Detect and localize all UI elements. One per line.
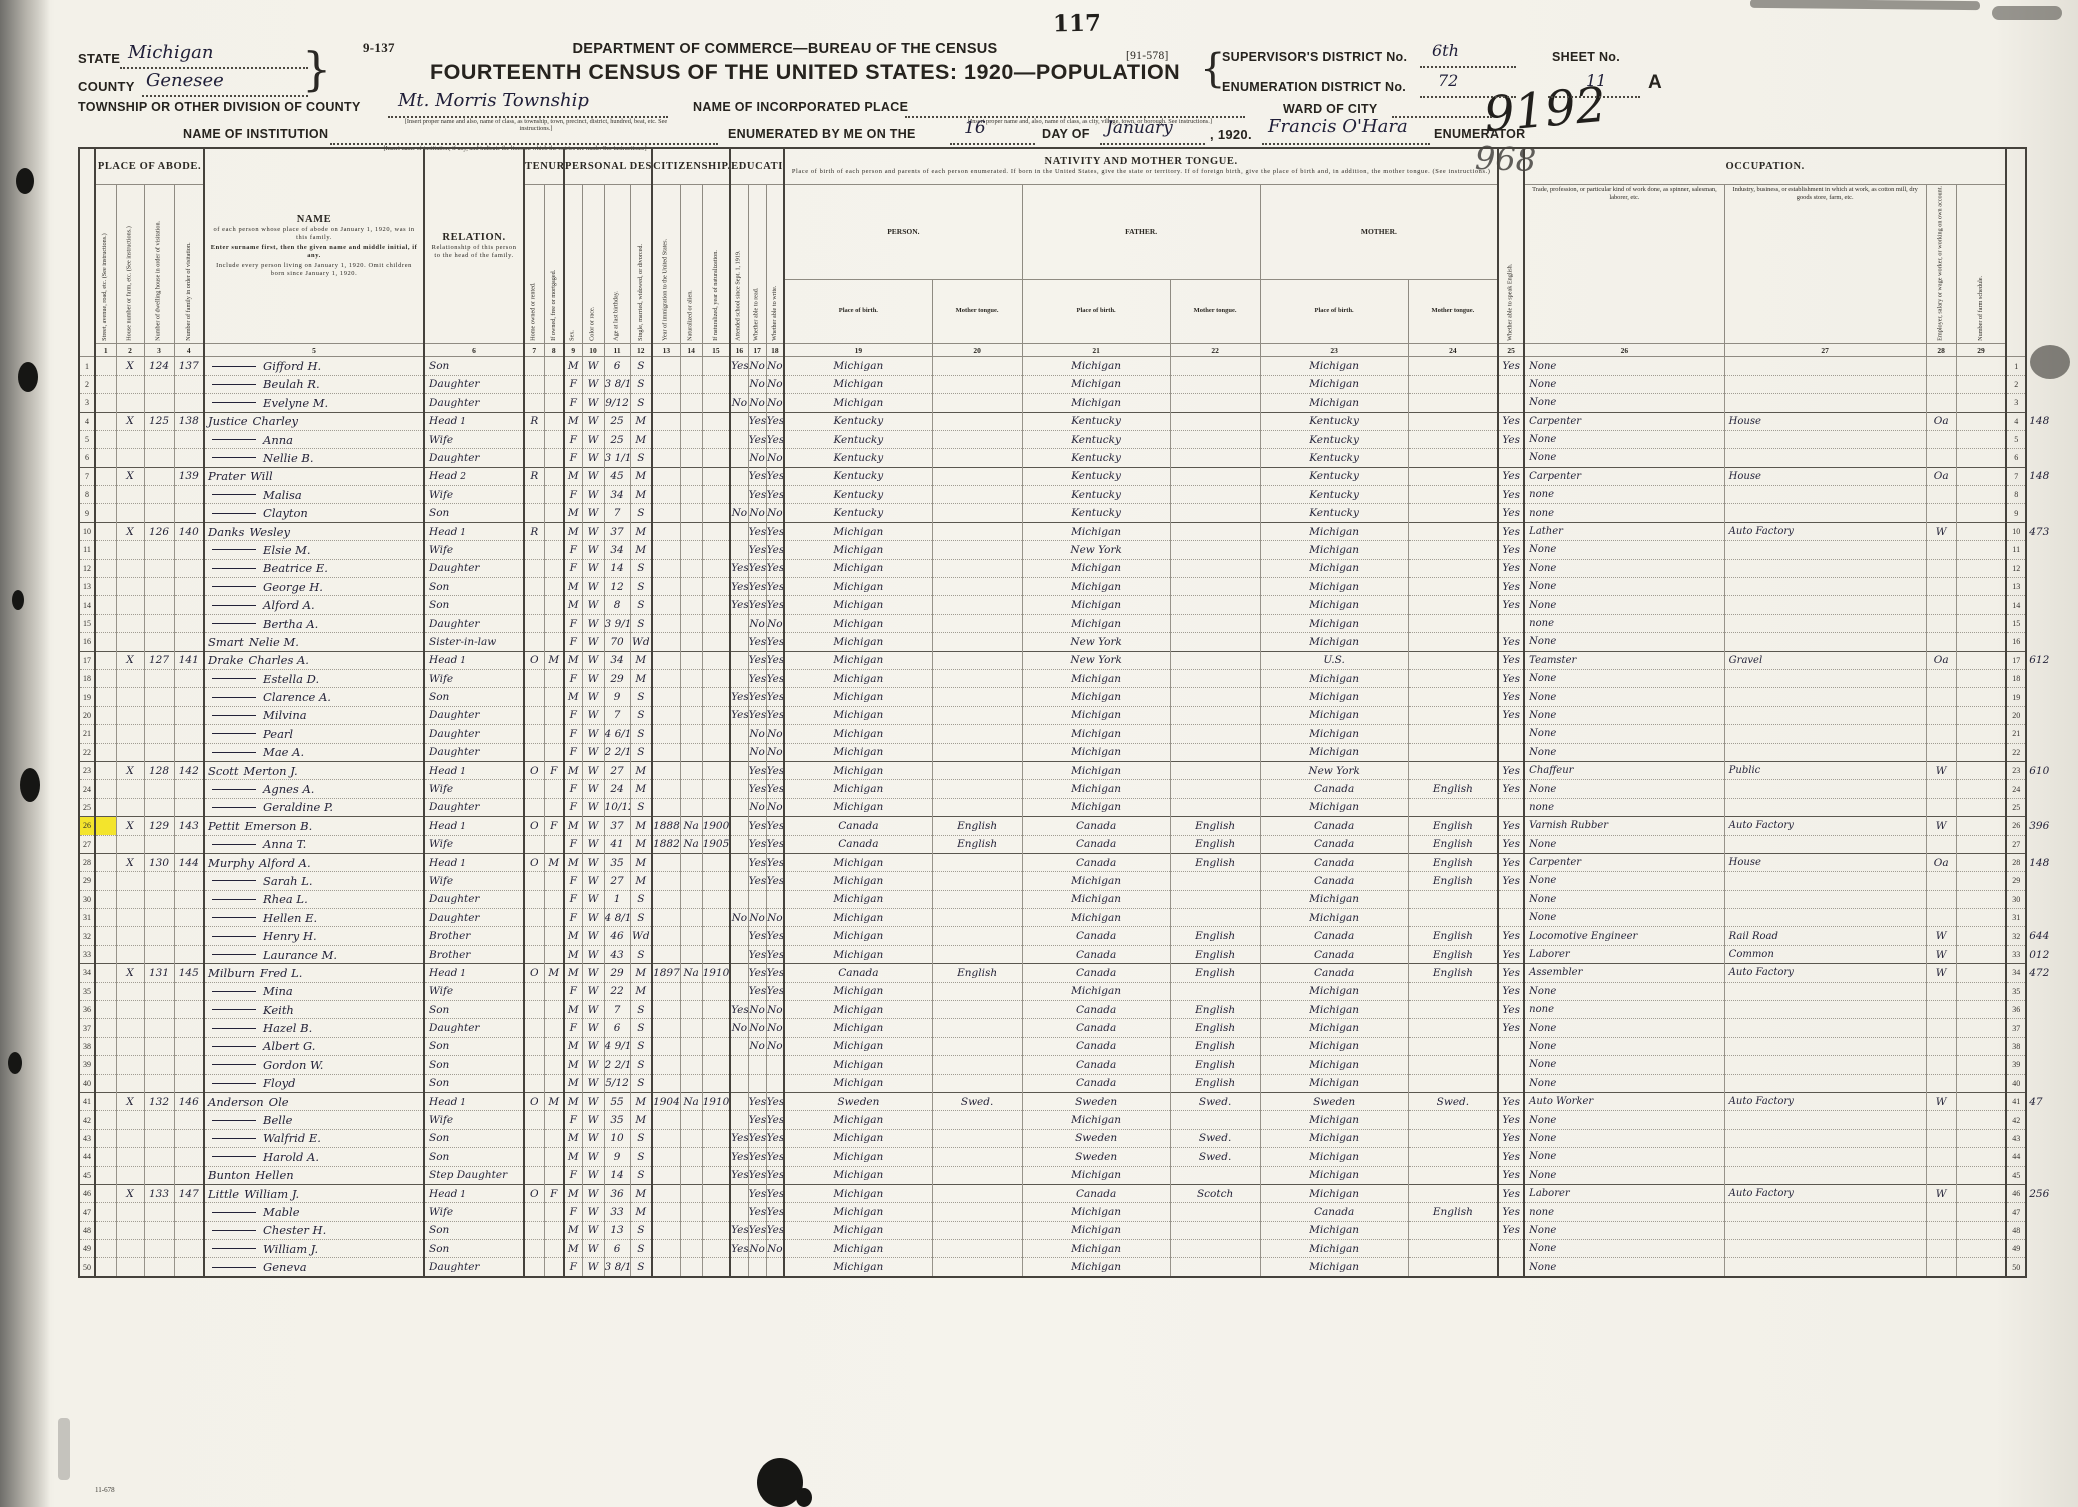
cell-industry: Auto Factory [1724,1184,1926,1202]
cell-person-birthplace: Sweden [784,1092,932,1110]
cell-person-mother-tongue [932,596,1022,614]
cell-home-owned [524,357,544,375]
cell-write: Yes [766,1221,784,1239]
table-row: 45BuntonHellenStep DaughterFW14SYesYesYe… [79,1166,2059,1184]
cell-father-mother-tongue: English [1170,945,1260,963]
cell-read [748,890,766,908]
table-row: 23X128142ScottMerton J.Head 1OFMW27MYesY… [79,761,2059,779]
cell-color: W [582,909,604,927]
cell-age: 3 8/12 [604,375,630,393]
cell-speaks-english: Yes [1498,1148,1524,1166]
margin-number: 610 [2026,761,2059,779]
cell-naturalization-year [702,614,730,632]
cell-mother-birthplace: Sweden [1260,1092,1408,1110]
cell-person-birthplace: Michigan [784,375,932,393]
cell-speaks-english: Yes [1498,706,1524,724]
cell-home-owned [524,430,544,448]
cell-sex: F [564,798,582,816]
line-number: 25 [79,798,95,816]
cell-color: W [582,614,604,632]
cell-dwelling-number [144,1111,174,1129]
cell-mother-mother-tongue [1408,1037,1498,1055]
cell-age: 55 [604,1092,630,1110]
cell-farm-schedule [1956,412,2006,430]
cell-employment-class [1926,541,1956,559]
cell-speaks-english: Yes [1498,1166,1524,1184]
cell-marital: M [630,1203,652,1221]
margin-number: 148 [2026,853,2059,871]
cell-relation: Daughter [424,449,524,467]
cell-marital: S [630,357,652,375]
cell-name: PettitEmerson B. [204,817,424,835]
line-number: 11 [79,541,95,559]
cell-father-mother-tongue [1170,651,1260,669]
cell-street [95,375,116,393]
cell-immigration-year [652,467,680,485]
cell-street [95,1019,116,1037]
cell-mother-mother-tongue: English [1408,1203,1498,1221]
cell-farm-mark [116,504,144,522]
cell-father-mother-tongue: Swed. [1170,1148,1260,1166]
column-speaks-english: Whether able to speak English. [1498,148,1524,344]
cell-school [730,651,748,669]
cell-marital: M [630,651,652,669]
cell-immigration-year [652,982,680,1000]
cell-read: No [748,743,766,761]
line-number: 44 [79,1148,95,1166]
cell-farm-schedule [1956,945,2006,963]
cell-school: No [730,504,748,522]
col-num: 12 [630,344,652,357]
cell-farm-mark [116,1037,144,1055]
cell-industry [1724,1203,1926,1221]
cell-family-number [174,1203,204,1221]
cell-mother-mother-tongue [1408,578,1498,596]
cell-school [730,872,748,890]
cell-school [730,817,748,835]
col-num: 9 [564,344,582,357]
cell-industry [1724,394,1926,412]
table-row: 41X132146AndersonOleHead 1OMMW55M1904Na1… [79,1092,2059,1110]
line-number-right: 20 [2006,706,2026,724]
scan-left-edge [0,0,50,1507]
cell-father-mother-tongue [1170,467,1260,485]
cell-mother-mother-tongue [1408,375,1498,393]
cell-naturalization-year [702,669,730,687]
cell-immigration-year: 1904 [652,1092,680,1110]
cell-mother-birthplace: Canada [1260,927,1408,945]
cell-naturalized [680,541,702,559]
margin-column [2026,148,2059,357]
form-number: 9-137 [363,40,395,56]
cell-father-birthplace: Michigan [1022,798,1170,816]
cell-family-number [174,743,204,761]
cell-dwelling-number [144,430,174,448]
cell-mother-mother-tongue [1408,669,1498,687]
cell-naturalization-year [702,1258,730,1277]
cell-mother-birthplace: Michigan [1260,890,1408,908]
cell-industry [1724,614,1926,632]
cell-father-mother-tongue [1170,909,1260,927]
line-number: 21 [79,725,95,743]
cell-write: No [766,504,784,522]
cell-family-number [174,394,204,412]
enumerator-signature: Francis O'Hara [1268,116,1408,137]
cell-person-mother-tongue [932,467,1022,485]
cell-sex: M [564,945,582,963]
cell-mother-mother-tongue [1408,486,1498,504]
cell-street [95,1221,116,1239]
cell-home-owned: R [524,522,544,540]
cell-write: Yes [766,412,784,430]
cell-naturalization-year [702,1240,730,1258]
cell-relation: Wife [424,541,524,559]
cell-relation: Daughter [424,1019,524,1037]
cell-mortgage [544,743,564,761]
table-row: 25Geraldine P.DaughterFW10/12SNoNoMichig… [79,798,2059,816]
cell-street [95,1111,116,1129]
cell-marital: S [630,1258,652,1277]
column-industry: Industry, business, or establishment in … [1724,184,1926,344]
cell-name: Sarah L. [204,872,424,890]
cell-speaks-english: Yes [1498,688,1524,706]
cell-speaks-english: Yes [1498,578,1524,596]
cell-industry [1724,375,1926,393]
cell-relation: Son [424,1221,524,1239]
cell-father-birthplace: Kentucky [1022,449,1170,467]
cell-relation: Head 1 [424,651,524,669]
cell-person-mother-tongue [932,651,1022,669]
cell-father-birthplace: Michigan [1022,596,1170,614]
cell-mother-birthplace: Canada [1260,945,1408,963]
cell-school [730,780,748,798]
cell-mother-birthplace: Canada [1260,964,1408,982]
cell-farm-mark [116,706,144,724]
cell-family-number [174,688,204,706]
supervisor-district-value: 6th [1432,41,1459,60]
cell-sex: F [564,743,582,761]
cell-farm-mark [116,1019,144,1037]
supervisor-district-label: SUPERVISOR'S DISTRICT No. [1222,50,1407,64]
cell-father-mother-tongue [1170,1203,1260,1221]
cell-occupation: None [1524,1240,1724,1258]
margin-number: 47 [2026,1092,2059,1110]
cell-read: Yes [748,945,766,963]
cell-family-number: 143 [174,817,204,835]
cell-occupation: none [1524,614,1724,632]
cell-employment-class [1926,743,1956,761]
cell-name: BuntonHellen [204,1166,424,1184]
cell-age: 12 [604,578,630,596]
sheet-letter: A [1648,72,1662,94]
cell-age: 29 [604,669,630,687]
cell-speaks-english: Yes [1498,945,1524,963]
cell-sex: F [564,1203,582,1221]
table-row: 7X139PraterWillHead 2RMW45MYesYesKentuck… [79,467,2059,485]
cell-relation: Son [424,688,524,706]
cell-mother-birthplace: Kentucky [1260,449,1408,467]
cell-naturalized [680,743,702,761]
cell-street [95,1056,116,1074]
cell-read: Yes [748,430,766,448]
cell-father-mother-tongue [1170,890,1260,908]
cell-farm-mark: X [116,853,144,871]
cell-color: W [582,430,604,448]
column-naturalized: Naturalized or alien. [680,184,702,344]
cell-speaks-english [1498,1258,1524,1277]
line-number: 50 [79,1258,95,1277]
column-age: Age at last birthday. [604,184,630,344]
form-footer-code: 11-678 [95,1486,115,1494]
cell-father-mother-tongue [1170,614,1260,632]
cell-employment-class [1926,357,1956,375]
cell-school: Yes [730,1240,748,1258]
cell-age: 70 [604,633,630,651]
cell-person-birthplace: Michigan [784,578,932,596]
cell-marital: S [630,1074,652,1092]
cell-person-mother-tongue [932,909,1022,927]
cell-occupation: None [1524,394,1724,412]
cell-farm-schedule [1956,1019,2006,1037]
margin-number [2026,394,2059,412]
cell-farm-schedule [1956,798,2006,816]
cell-person-birthplace: Michigan [784,853,932,871]
line-number-right: 4 [2006,412,2026,430]
subgroup-father: FATHER. [1022,184,1260,279]
cell-speaks-english [1498,1037,1524,1055]
cell-relation: Head 1 [424,522,524,540]
cell-father-birthplace: Michigan [1022,1258,1170,1277]
cell-industry [1724,1240,1926,1258]
cell-write: Yes [766,872,784,890]
cell-mother-mother-tongue [1408,1001,1498,1019]
cell-read: Yes [748,1203,766,1221]
cell-home-owned [524,982,544,1000]
cell-relation: Head 1 [424,853,524,871]
line-number-right: 46 [2006,1184,2026,1202]
column-mother-mother-tongue: Mother tongue. [1408,279,1498,343]
cell-mother-mother-tongue [1408,651,1498,669]
table-row: 26X129143PettitEmerson B.Head 1OFMW37M18… [79,817,2059,835]
cell-school [730,761,748,779]
cell-person-birthplace: Michigan [784,1166,932,1184]
cell-naturalized [680,1148,702,1166]
cell-mother-mother-tongue [1408,798,1498,816]
cell-speaks-english: Yes [1498,1001,1524,1019]
cell-write [766,1074,784,1092]
cell-employment-class [1926,375,1956,393]
cell-read: No [748,449,766,467]
cell-mother-birthplace: Michigan [1260,541,1408,559]
table-row: 15Bertha A.DaughterFW3 9/12SNoNoMichigan… [79,614,2059,632]
cell-mortgage [544,375,564,393]
cell-mortgage [544,504,564,522]
cell-father-birthplace: Michigan [1022,669,1170,687]
cell-sex: F [564,1258,582,1277]
cell-school: No [730,394,748,412]
cell-home-owned [524,1129,544,1147]
cell-immigration-year [652,1221,680,1239]
cell-occupation: Carpenter [1524,412,1724,430]
line-number-right: 16 [2006,633,2026,651]
cell-occupation: None [1524,1166,1724,1184]
line-number: 26 [79,817,95,835]
cell-naturalized [680,1111,702,1129]
column-trade: Trade, profession, or particular kind of… [1524,184,1724,344]
cell-home-owned [524,1221,544,1239]
cell-naturalized [680,1074,702,1092]
line-number-right: 36 [2006,1001,2026,1019]
cell-naturalization-year [702,927,730,945]
cell-home-owned [524,1166,544,1184]
census-table: PLACE OF ABODE. NAME of each person whos… [78,147,2059,1278]
cell-color: W [582,1240,604,1258]
cell-age: 25 [604,412,630,430]
cell-sex: F [564,909,582,927]
cell-age: 13 [604,1221,630,1239]
cell-occupation: None [1524,375,1724,393]
cell-occupation: None [1524,1221,1724,1239]
cell-person-birthplace: Michigan [784,761,932,779]
line-number-right: 3 [2006,394,2026,412]
cell-person-birthplace: Kentucky [784,412,932,430]
enumeration-district-label: ENUMERATION DISTRICT No. [1222,80,1406,94]
cell-read: Yes [748,578,766,596]
cell-person-mother-tongue [932,780,1022,798]
cell-employment-class: W [1926,1184,1956,1202]
cell-naturalization-year [702,1129,730,1147]
cell-mortgage: M [544,853,564,871]
scan-top-smudge [1992,6,2062,20]
cell-color: W [582,1221,604,1239]
cell-read: Yes [748,541,766,559]
cell-write: No [766,614,784,632]
cell-industry [1724,909,1926,927]
cell-father-mother-tongue: English [1170,1056,1260,1074]
table-row: 50GenevaDaughterFW3 8/12SMichiganMichiga… [79,1258,2059,1277]
cell-mother-mother-tongue [1408,890,1498,908]
cell-color: W [582,669,604,687]
column-farm-schedule: Number of farm schedule. [1956,184,2006,344]
cell-home-owned [524,596,544,614]
cell-naturalization-year [702,890,730,908]
cell-person-birthplace: Kentucky [784,430,932,448]
name-desc-2: Enter surname first, then the given name… [205,243,423,261]
cell-person-birthplace: Canada [784,964,932,982]
cell-speaks-english: Yes [1498,633,1524,651]
line-number-right: 34 [2006,964,2026,982]
cell-speaks-english: Yes [1498,835,1524,853]
cell-immigration-year [652,412,680,430]
cell-dwelling-number [144,909,174,927]
relation-desc: Relationship of this person to the head … [425,243,523,261]
column-naturalization-year: If naturalized, year of naturalization. [702,184,730,344]
cell-industry [1724,1258,1926,1277]
cell-write: Yes [766,817,784,835]
cell-read: Yes [748,1184,766,1202]
cell-immigration-year [652,1148,680,1166]
cell-person-birthplace: Michigan [784,1258,932,1277]
cell-read: No [748,614,766,632]
cell-mortgage [544,1111,564,1129]
cell-farm-mark [116,835,144,853]
margin-number [2026,578,2059,596]
cell-employment-class [1926,909,1956,927]
cell-street [95,504,116,522]
line-number: 28 [79,853,95,871]
cell-color: W [582,1258,604,1277]
cell-person-mother-tongue [932,853,1022,871]
cell-mortgage [544,780,564,798]
cell-family-number [174,927,204,945]
cell-dwelling-number [144,1221,174,1239]
cell-dwelling-number: 125 [144,412,174,430]
cell-industry [1724,578,1926,596]
table-row: 8MalisaWifeFW34MYesYesKentuckyKentuckyKe… [79,486,2059,504]
cell-marital: M [630,522,652,540]
cell-mother-mother-tongue: English [1408,945,1498,963]
cell-age: 3 1/12 [604,449,630,467]
cell-person-birthplace: Canada [784,817,932,835]
cell-mother-birthplace: Canada [1260,872,1408,890]
cell-father-mother-tongue: English [1170,853,1260,871]
cell-immigration-year [652,633,680,651]
cell-age: 27 [604,761,630,779]
cell-naturalization-year [702,1001,730,1019]
cell-employment-class [1926,780,1956,798]
cell-person-mother-tongue [932,798,1022,816]
cell-color: W [582,964,604,982]
cell-immigration-year [652,559,680,577]
cell-farm-mark [116,1056,144,1074]
subgroup-mother: MOTHER. [1260,184,1498,279]
cell-write: No [766,1037,784,1055]
cell-naturalization-year [702,872,730,890]
cell-name: Mae A. [204,743,424,761]
cell-school: Yes [730,1221,748,1239]
cell-mortgage [544,1166,564,1184]
cell-family-number [174,486,204,504]
cell-sex: M [564,1240,582,1258]
cell-marital: S [630,375,652,393]
cell-home-owned [524,449,544,467]
cell-relation: Brother [424,927,524,945]
line-number: 7 [79,467,95,485]
census-grid: PLACE OF ABODE. NAME of each person whos… [78,147,2059,1278]
cell-write: No [766,1240,784,1258]
cell-mother-birthplace: Canada [1260,780,1408,798]
cell-occupation: None [1524,982,1724,1000]
cell-industry [1724,872,1926,890]
cell-person-mother-tongue [932,1184,1022,1202]
cell-street [95,412,116,430]
cell-mother-mother-tongue [1408,1056,1498,1074]
cell-write: Yes [766,541,784,559]
margin-number [2026,743,2059,761]
cell-color: W [582,982,604,1000]
cell-home-owned: O [524,964,544,982]
cell-industry: Rail Road [1724,927,1926,945]
cell-sex: M [564,467,582,485]
cell-father-birthplace: Michigan [1022,743,1170,761]
col-num: 18 [766,344,784,357]
margin-number [2026,559,2059,577]
cell-street [95,578,116,596]
cell-relation: Daughter [424,614,524,632]
line-number-right: 15 [2006,614,2026,632]
cell-read: Yes [748,412,766,430]
cell-person-birthplace: Michigan [784,706,932,724]
